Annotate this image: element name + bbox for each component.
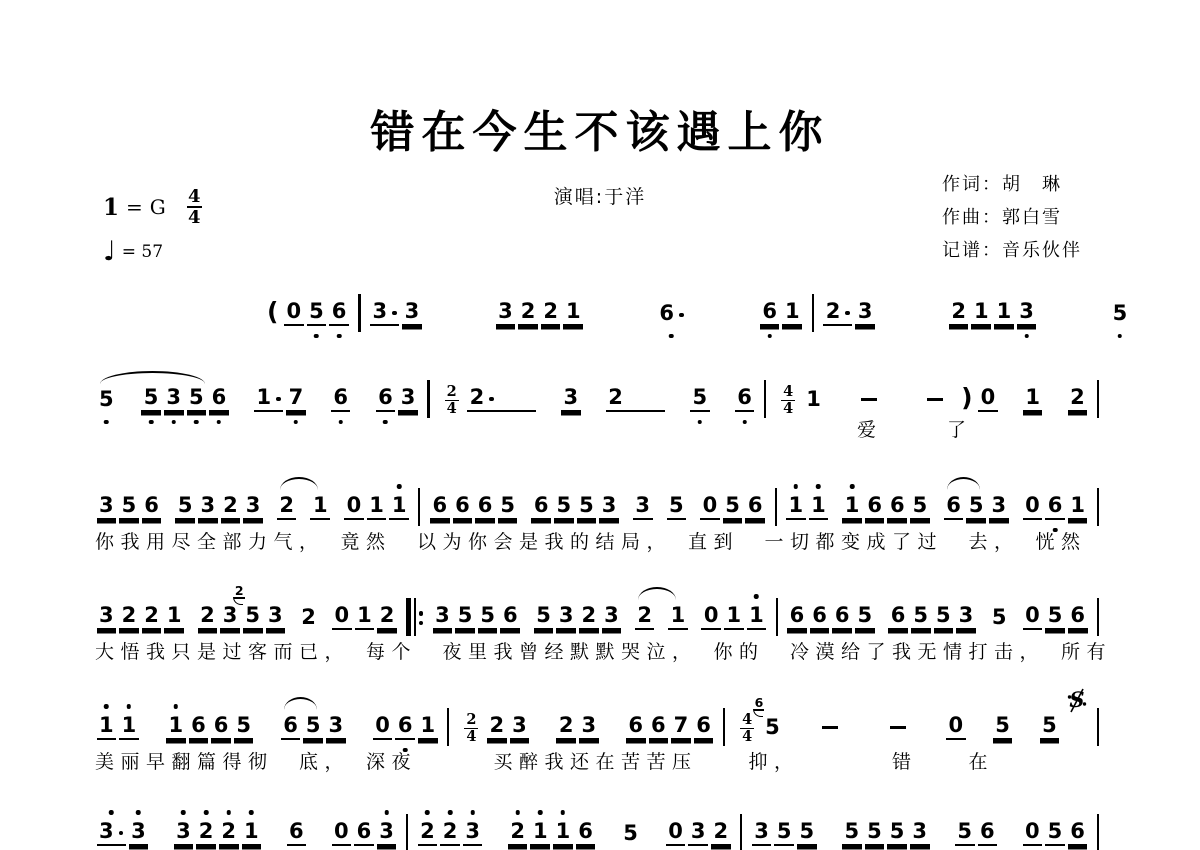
grace-note: 6 — [754, 697, 765, 711]
note-digit: 0 — [373, 712, 393, 740]
note: 3 — [855, 298, 875, 326]
note: 6 — [475, 492, 495, 520]
note: 5 — [966, 492, 986, 520]
music-line-1: (056333221661232113503 — [95, 288, 1107, 326]
octave-dot-above — [448, 810, 453, 815]
note-digit: 6 — [376, 384, 396, 412]
note-digit: 1 — [842, 492, 862, 520]
note: 2 — [467, 384, 536, 412]
augmentation-dot — [489, 397, 494, 402]
octave-dot-below — [698, 420, 703, 425]
note-digit: 2 — [556, 712, 576, 740]
note: 6 — [453, 492, 473, 520]
note-digit: 6 — [576, 818, 596, 846]
note: 3 — [752, 818, 772, 846]
note: 6 — [1068, 602, 1088, 630]
note-digit: 2 — [299, 604, 319, 630]
note-digit: 6 — [354, 818, 374, 846]
note-digit: 5 — [966, 492, 986, 520]
barline — [740, 814, 742, 850]
note: 3 — [97, 602, 117, 630]
note-digit: 5 — [141, 384, 161, 412]
note: 3 — [602, 602, 622, 630]
note: 5 — [797, 818, 817, 846]
note-digit: 2 — [119, 602, 139, 630]
time-sig-denominator: 4 — [783, 401, 793, 416]
note-digit: 2 — [606, 384, 665, 412]
note-digit: 3 — [266, 602, 286, 630]
octave-dot-above — [127, 704, 132, 709]
note-digit: 6 — [281, 712, 301, 740]
note-digit: 5 — [175, 492, 195, 520]
note-digit: 0 — [978, 384, 998, 412]
note: 5 — [303, 712, 323, 740]
note: 1 — [254, 384, 283, 412]
note-digit: 1 — [367, 492, 387, 520]
note-digit: 3 — [97, 492, 117, 520]
note: 1 — [242, 818, 262, 846]
note: 0 — [1023, 602, 1043, 630]
note-digit: 5 — [119, 492, 139, 520]
note: 5 — [855, 602, 875, 630]
note-digit: 2 — [541, 298, 561, 326]
octave-dot-below — [1118, 334, 1123, 339]
note: 0 — [946, 712, 966, 740]
note: 3 — [1017, 298, 1037, 326]
note: 2 — [635, 602, 655, 630]
octave-dot-below — [314, 334, 319, 339]
note: 2 — [711, 818, 731, 846]
meter-numerator: 4 — [188, 188, 201, 205]
note: 6 — [810, 602, 830, 630]
note-digit: 3 — [989, 492, 1009, 520]
equals-sign: = — [126, 195, 143, 219]
note: 0 — [284, 298, 304, 326]
note: 6 — [395, 712, 415, 740]
note: 6 — [865, 492, 885, 520]
barline — [812, 294, 814, 332]
octave-dot-above — [181, 810, 186, 815]
barline — [1097, 488, 1099, 526]
lyrics-row: 美丽早翻篇得彻 底， 深夜 买醉我还在苦苦压 抑， 错 在 — [95, 750, 1107, 774]
note: 1 — [668, 602, 688, 630]
octave-dot-above — [538, 810, 543, 815]
time-sig-denominator: 4 — [447, 401, 457, 416]
note: 6 — [331, 384, 351, 412]
octave-dot-above — [754, 594, 759, 599]
note-digit: 1 — [1023, 384, 1043, 412]
note-digit: 3 — [561, 384, 581, 412]
dash-note — [890, 726, 906, 730]
note: 3 — [599, 492, 619, 520]
octave-dot-above — [561, 810, 566, 815]
note-digit: 3 — [220, 602, 240, 630]
barline — [1097, 598, 1099, 636]
note-digit: 6 — [475, 492, 495, 520]
note-digit: 3 — [370, 298, 399, 326]
augmentation-dot — [276, 397, 281, 402]
note: 1 — [563, 298, 583, 326]
note: 3 — [174, 818, 194, 846]
note-digit: 5 — [955, 818, 975, 846]
note-digit: 5 — [243, 602, 263, 630]
note-digit: 6 — [395, 712, 415, 740]
note: 3 — [956, 602, 976, 630]
note: 3 — [910, 818, 930, 846]
note: 5 — [723, 492, 743, 520]
time-sig-numerator: 4 — [740, 713, 754, 729]
note-digit: 3 — [377, 818, 397, 846]
note: 1 — [809, 492, 829, 520]
note: 5 — [1045, 818, 1065, 846]
octave-dot-below — [171, 420, 176, 425]
note-digit: 6 — [430, 492, 450, 520]
note: 5 — [887, 818, 907, 846]
note: 5 — [1110, 300, 1130, 326]
note: 2 — [418, 818, 438, 846]
note-digit: 6 — [211, 712, 231, 740]
notes-row: 3565323210116665655335056111665653061 — [95, 482, 1107, 520]
note-digit: 5 — [1045, 602, 1065, 630]
note-digit: 5 — [498, 492, 518, 520]
note-digit: 5 — [455, 602, 475, 630]
time-signature: 44 — [740, 713, 754, 744]
note: 1 — [355, 602, 375, 630]
note: 5 — [774, 818, 794, 846]
note-digit: 0 — [946, 712, 966, 740]
note-digit: 2 — [142, 602, 162, 630]
barline — [447, 708, 449, 746]
note-digit: 2 — [219, 818, 239, 846]
key-tonic: 1 — [103, 194, 119, 221]
credit-notation: 记谱：音乐伙伴 — [942, 234, 1082, 267]
quarter-note-icon: ♩ — [103, 238, 116, 265]
note-digit: 6 — [453, 492, 473, 520]
note: 6 — [887, 492, 907, 520]
note-digit: 2 — [198, 602, 218, 630]
note-digit: 6 — [735, 384, 755, 412]
note: 3 — [243, 492, 263, 520]
note-digit: 7 — [286, 384, 306, 412]
note: 5 — [1045, 602, 1065, 630]
note: 0 — [700, 492, 720, 520]
note-digit: 5 — [993, 712, 1013, 740]
note: 3 — [220, 602, 240, 630]
note-digit: 5 — [554, 492, 574, 520]
note: 3 — [510, 712, 530, 740]
note-digit: 6 — [287, 818, 307, 846]
time-sig-numerator: 2 — [464, 713, 478, 729]
slur-arc — [947, 477, 981, 490]
note-digit: 5 — [690, 384, 710, 412]
note-digit: 5 — [910, 492, 930, 520]
octave-dot-above — [794, 484, 799, 489]
note: 1 — [842, 492, 862, 520]
note: 6 — [329, 298, 349, 326]
note: 6 — [142, 492, 162, 520]
note-digit: 2 — [467, 384, 536, 412]
note-digit: 3 — [1017, 298, 1037, 326]
note-digit: 6 — [331, 384, 351, 412]
note: 6 — [832, 602, 852, 630]
repeat-thin-bar — [414, 598, 416, 636]
note-digit: 3 — [910, 818, 930, 846]
note-digit: 5 — [234, 712, 254, 740]
note: 3 — [97, 492, 117, 520]
note: 1 — [166, 712, 186, 740]
note-digit: 5 — [855, 602, 875, 630]
octave-dot-above — [816, 484, 821, 489]
note-digit: 6 — [944, 492, 964, 520]
note-digit: 5 — [1040, 712, 1060, 740]
lyrics-row: 大悟我只是过客而已， 每个 夜里我曾经默默哭泣， 你的 冷漠给了我无情打击， 所… — [95, 640, 1107, 664]
note: 3 — [579, 712, 599, 740]
note-digit: 1 — [97, 712, 117, 740]
note: 3 — [198, 492, 218, 520]
note: 2 — [219, 818, 239, 846]
note: 56 — [763, 714, 783, 740]
segno-icon: S — [1067, 687, 1087, 714]
octave-dot-below — [149, 420, 154, 425]
note-digit: 1 — [724, 602, 744, 630]
note-digit: 5 — [865, 818, 885, 846]
barline — [358, 294, 360, 332]
note: 1 — [804, 386, 824, 412]
note: 3 — [129, 818, 149, 846]
note: 2 — [949, 298, 969, 326]
note: 6 — [888, 602, 908, 630]
music-line-5: 11166565306124232366764456055S美丽早翻篇得彻 底，… — [95, 702, 1107, 774]
note: 2 — [277, 492, 297, 520]
note: 1 — [724, 602, 744, 630]
note: 6 — [1068, 818, 1088, 846]
note: 7 — [286, 384, 306, 412]
note: 6 — [745, 492, 765, 520]
dash-note — [927, 398, 943, 402]
credit-composer: 作曲：郭白雪 — [942, 201, 1082, 234]
note-digit: 1 — [809, 492, 829, 520]
octave-dot-above — [397, 484, 402, 489]
note-digit: 3 — [164, 384, 184, 412]
note: 2 — [541, 298, 561, 326]
note: 3 — [398, 384, 418, 412]
note: 1 — [553, 818, 573, 846]
note: 2 — [221, 492, 241, 520]
note-digit: 6 — [500, 602, 520, 630]
note-digit: 2 — [221, 492, 241, 520]
note-digit: 5 — [667, 492, 687, 520]
note: 3 — [463, 818, 483, 846]
note-digit: 5 — [621, 820, 641, 846]
note: 0 — [373, 712, 393, 740]
note-digit: 1 — [786, 492, 806, 520]
note-digit: 1 — [164, 602, 184, 630]
note-digit: 6 — [888, 602, 908, 630]
note: 5 — [141, 384, 161, 412]
note: 3 — [556, 602, 576, 630]
note: 0 — [978, 384, 998, 412]
note: 5 — [690, 384, 710, 412]
note-digit: 2 — [635, 602, 655, 630]
note-digit: 1 — [355, 602, 375, 630]
note: 5 — [865, 818, 885, 846]
note-digit: 2 — [823, 298, 852, 326]
notes-row: 333221606322321165032355555356056 — [95, 808, 1107, 846]
note-digit: 6 — [1068, 818, 1088, 846]
octave-dot-below — [294, 420, 299, 425]
note-digit: 5 — [763, 714, 783, 740]
time-sig-numerator: 4 — [781, 385, 795, 401]
note-digit: 6 — [1045, 492, 1065, 520]
note-digit: 1 — [119, 712, 139, 740]
note: 3 — [97, 818, 126, 846]
note-digit: 2 — [518, 298, 538, 326]
note-digit: 5 — [887, 818, 907, 846]
note-digit: 1 — [971, 298, 991, 326]
note-digit: 6 — [887, 492, 907, 520]
note: 2 — [196, 818, 216, 846]
note: 5 — [455, 602, 475, 630]
note: 2 — [1068, 384, 1088, 412]
note-digit: 5 — [774, 818, 794, 846]
note-digit: 6 — [657, 300, 686, 326]
notes-row: 32212352320123556532321011666565535056 — [95, 592, 1107, 630]
note: 3 — [433, 602, 453, 630]
note: 2 — [377, 602, 397, 630]
slur-arc — [638, 587, 676, 600]
note-digit: 3 — [602, 602, 622, 630]
note-digit: 6 — [787, 602, 807, 630]
note: 6 — [211, 712, 231, 740]
note: 1 — [1068, 492, 1088, 520]
octave-dot-above — [515, 810, 520, 815]
note: 5 — [842, 818, 862, 846]
note: 5 — [955, 818, 975, 846]
augmentation-dot — [119, 831, 124, 836]
parenthesis: ( — [267, 298, 278, 326]
note: 1 — [786, 492, 806, 520]
octave-dot-above — [109, 810, 114, 815]
note-digit: 3 — [752, 818, 772, 846]
note: 6 — [735, 384, 755, 412]
octave-dot-above — [249, 810, 254, 815]
note-digit: 1 — [242, 818, 262, 846]
time-signature: 24 — [464, 713, 478, 744]
note-digit: 3 — [433, 602, 453, 630]
octave-dot-above — [850, 484, 855, 489]
note-digit: 3 — [402, 298, 422, 326]
note-digit: 5 — [187, 384, 207, 412]
note-digit: 3 — [198, 492, 218, 520]
note: 2 — [119, 602, 139, 630]
note-digit: 1 — [1068, 492, 1088, 520]
note-digit: 1 — [782, 298, 802, 326]
note: 1 — [310, 492, 330, 520]
note-digit: 3 — [243, 492, 263, 520]
note-digit: 3 — [496, 298, 516, 326]
note: 6 — [287, 818, 307, 846]
note-digit: 1 — [254, 384, 283, 412]
octave-dot-above — [174, 704, 179, 709]
note: 2 — [440, 818, 460, 846]
note-digit: 2 — [487, 712, 507, 740]
note: 0 — [666, 818, 686, 846]
note-digit: 6 — [189, 712, 209, 740]
note-digit: 1 — [310, 492, 330, 520]
key-signature: 1 = G 4 4 — [103, 188, 202, 226]
note: 5 — [307, 298, 327, 326]
note: 0 — [344, 492, 364, 520]
note-digit: 3 — [326, 712, 346, 740]
note-digit: 3 — [510, 712, 530, 740]
octave-dot-below — [669, 334, 674, 339]
note: 0 — [332, 818, 352, 846]
note-digit: 1 — [804, 386, 824, 412]
note-digit: 3 — [556, 602, 576, 630]
note-digit: 6 — [865, 492, 885, 520]
note-digit: 6 — [209, 384, 229, 412]
octave-dot-below — [1053, 528, 1058, 533]
note: 5 — [498, 492, 518, 520]
note: 3 — [688, 818, 708, 846]
note: 1 — [367, 492, 387, 520]
note: 5 — [667, 492, 687, 520]
note-digit: 3 — [633, 492, 653, 520]
sheet-music-page: 错在今生不该遇上你 演唱:于洋 作词：胡 琳 作曲：郭白雪 记谱：音乐伙伴 1 … — [0, 0, 1200, 850]
slur-arc — [280, 477, 318, 490]
note: 5 — [119, 492, 139, 520]
note-digit: 1 — [668, 602, 688, 630]
notes-row: 55356176632423256441)012 — [95, 374, 1107, 412]
credit-lyricist: 作词：胡 琳 — [942, 168, 1082, 201]
repeat-thick-bar — [406, 598, 411, 636]
barline — [776, 598, 778, 636]
note-digit: 3 — [129, 818, 149, 846]
octave-dot-below — [403, 748, 408, 753]
note-digit: 6 — [531, 492, 551, 520]
slur-arc — [100, 371, 205, 384]
note-digit: 5 — [842, 818, 862, 846]
note: 6 — [944, 492, 964, 520]
note: 5 — [989, 604, 1009, 630]
note-digit: 0 — [332, 602, 352, 630]
note: 6 — [500, 602, 520, 630]
note: 1 — [418, 712, 438, 740]
note: 0 — [701, 602, 721, 630]
note: 6 — [694, 712, 714, 740]
note-digit: 2 — [508, 818, 528, 846]
augmentation-dot — [679, 313, 684, 318]
octave-dot-below — [104, 420, 109, 425]
note: 6 — [281, 712, 301, 740]
augmentation-dot — [392, 311, 397, 316]
note: 6 — [1045, 492, 1065, 520]
barline — [406, 814, 408, 850]
note-digit: 3 — [97, 602, 117, 630]
note: 6 — [189, 712, 209, 740]
note-digit: 6 — [649, 712, 669, 740]
note: 2 — [142, 602, 162, 630]
note: 5 — [577, 492, 597, 520]
note-digit: 3 — [398, 384, 418, 412]
note: 6 — [354, 818, 374, 846]
note-digit: 2 — [949, 298, 969, 326]
repeat-sign — [406, 598, 423, 636]
note-digit: 5 — [934, 602, 954, 630]
song-title: 错在今生不该遇上你 — [0, 96, 1200, 160]
note-digit: 0 — [332, 818, 352, 846]
augmentation-dot — [845, 311, 850, 316]
